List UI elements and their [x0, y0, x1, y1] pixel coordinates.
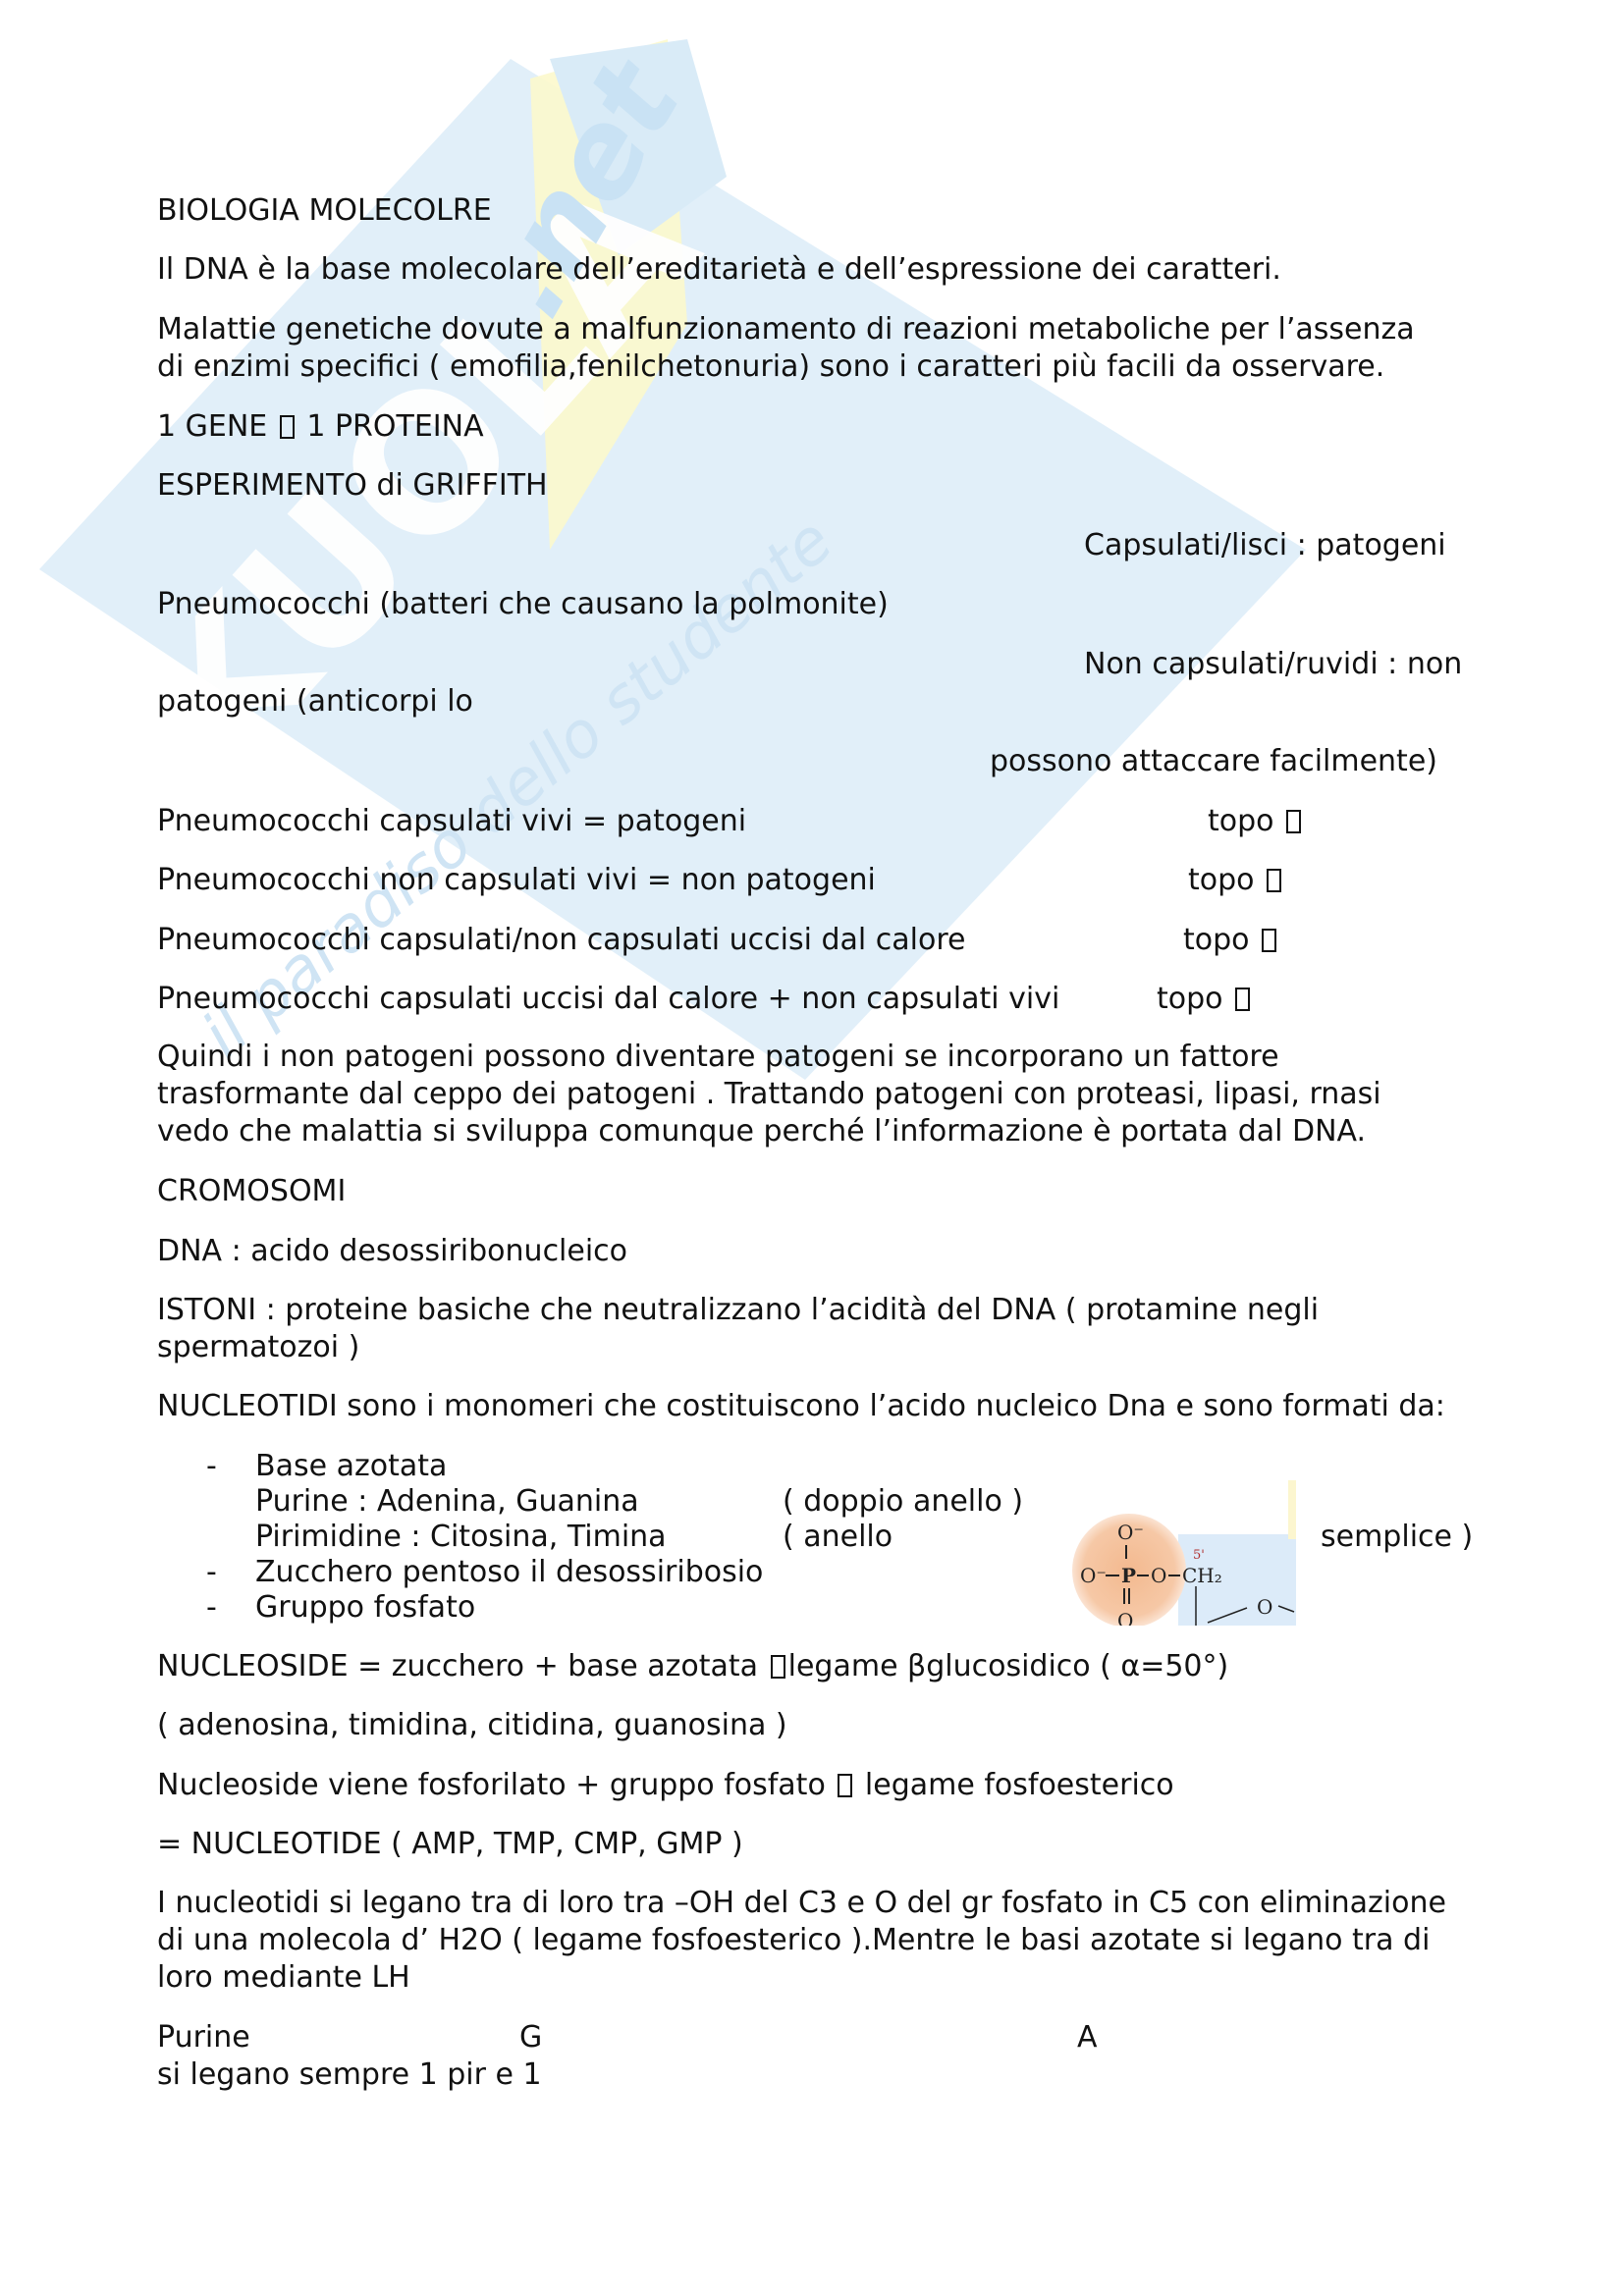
document-page: SKUOLA .net il paradiso dello studente B… [0, 0, 1623, 2296]
possono-line: possono attaccare facilmente) [990, 743, 1437, 780]
list-pirimidine-note: ( anello [783, 1519, 893, 1556]
list-bullet: - [206, 1554, 217, 1591]
svg-text:O: O [1151, 1564, 1166, 1587]
list-item-base-azotata: Base azotata [255, 1448, 447, 1485]
experiment-result: topo [1183, 922, 1279, 959]
conclusion-line: vedo che malattia si sviluppa comunque p… [157, 1113, 1366, 1150]
nucleosides-list: ( adenosina, timidina, citidina, guanosi… [157, 1707, 787, 1744]
missing-glyph-icon [1235, 988, 1250, 1011]
missing-glyph-icon [1267, 869, 1281, 892]
istoni-line: spermatozoi ) [157, 1329, 359, 1366]
experiment-row: Pneumococchi capsulati vivi = patogeni [157, 803, 746, 840]
nucleotidi-intro: NUCLEOTIDI sono i monomeri che costituis… [157, 1388, 1445, 1425]
experiment-row: Pneumococchi capsulati uccisi dal calore… [157, 981, 1059, 1018]
cromosomi-heading: CROMOSOMI [157, 1173, 346, 1210]
svg-text:O⁻: O⁻ [1080, 1564, 1107, 1587]
paragraph-malattie-2: di enzimi specifici ( emofilia,fenilchet… [157, 348, 1384, 386]
capsulati-note: Capsulati/lisci : patogeni [1084, 527, 1446, 564]
list-purine: Purine : Adenina, Guanina [255, 1483, 639, 1521]
dna-definition: DNA : acido desossiribonucleico [157, 1233, 627, 1270]
missing-glyph-icon [1286, 810, 1301, 833]
purine-row-a: A [1077, 2019, 1098, 2056]
list-item-fosfato: Gruppo fosfato [255, 1589, 475, 1627]
pneumococchi-line: Pneumococchi (batteri che causano la pol… [157, 586, 889, 623]
svg-text:CH₂: CH₂ [1182, 1564, 1222, 1587]
experiment-row: Pneumococchi non capsulati vivi = non pa… [157, 862, 876, 899]
patogeni-anticorpi-line: patogeni (anticorpi lo [157, 683, 473, 721]
protein-label: 1 PROTEINA [306, 409, 483, 444]
conclusion-line: trasformante dal ceppo dei patogeni . Tr… [157, 1076, 1381, 1113]
list-item-zucchero: Zucchero pentoso il desossiribosio [255, 1554, 763, 1591]
non-capsulati-note: Non capsulati/ruvidi : non [1084, 646, 1462, 683]
gene-label: 1 GENE [157, 409, 267, 444]
phosphate-structure-image: O⁻ O⁻ P O CH₂ 5' O O [1070, 1480, 1296, 1626]
list-pirimidine: Pirimidine : Citosina, Timina [255, 1519, 667, 1556]
document-title: BIOLOGIA MOLECOLRE [157, 192, 492, 230]
gene-protein-line: 1 GENE 1 PROTEINA [157, 408, 484, 446]
missing-glyph-icon [1262, 929, 1276, 952]
svg-text:5': 5' [1193, 1548, 1205, 1563]
paragraph-dna: Il DNA è la base molecolare dell’eredita… [157, 251, 1281, 289]
paragraph-malattie-1: Malattie genetiche dovute a malfunzionam… [157, 311, 1415, 348]
experiment-result: topo [1157, 981, 1253, 1018]
svg-text:O⁻: O⁻ [1117, 1521, 1144, 1544]
missing-arrow-glyph-icon [771, 1655, 785, 1679]
list-purine-note: ( doppio anello ) [783, 1483, 1023, 1521]
experiment-result: topo [1188, 862, 1284, 899]
nucleoside-line: NUCLEOSIDE = zucchero + base azotata leg… [157, 1648, 1228, 1685]
legame-line: di una molecola d’ H2O ( legame fosfoest… [157, 1922, 1430, 1959]
fosforilato-line: Nucleoside viene fosforilato + gruppo fo… [157, 1767, 1174, 1804]
list-bullet: - [206, 1589, 217, 1627]
nucleotide-equation: = NUCLEOTIDE ( AMP, TMP, CMP, GMP ) [157, 1826, 743, 1863]
last-line: si legano sempre 1 pir e 1 [157, 2056, 542, 2094]
griffith-heading: ESPERIMENTO di GRIFFITH [157, 467, 548, 505]
list-pirimidine-note-end: semplice ) [1321, 1519, 1473, 1556]
svg-text:P: P [1121, 1564, 1136, 1587]
experiment-row: Pneumococchi capsulati/non capsulati ucc… [157, 922, 966, 959]
purine-row-label: Purine [157, 2019, 250, 2056]
legame-line: I nucleotidi si legano tra di loro tra –… [157, 1885, 1446, 1922]
phosphate-group-figure: O⁻ O⁻ P O CH₂ 5' O O [1070, 1480, 1296, 1626]
legame-line: loro mediante LH [157, 1959, 410, 1997]
svg-text:.net: .net [457, 36, 710, 338]
purine-row-g: G [519, 2019, 542, 2056]
experiment-result: topo [1208, 803, 1304, 840]
istoni-line: ISTONI : proteine basiche che neutralizz… [157, 1292, 1319, 1329]
conclusion-line: Quindi i non patogeni possono diventare … [157, 1039, 1279, 1076]
list-bullet: - [206, 1448, 217, 1485]
svg-text:O: O [1117, 1609, 1133, 1626]
svg-text:O: O [1257, 1595, 1272, 1619]
missing-arrow-glyph-icon [838, 1774, 852, 1797]
missing-arrow-glyph-icon [280, 415, 295, 439]
